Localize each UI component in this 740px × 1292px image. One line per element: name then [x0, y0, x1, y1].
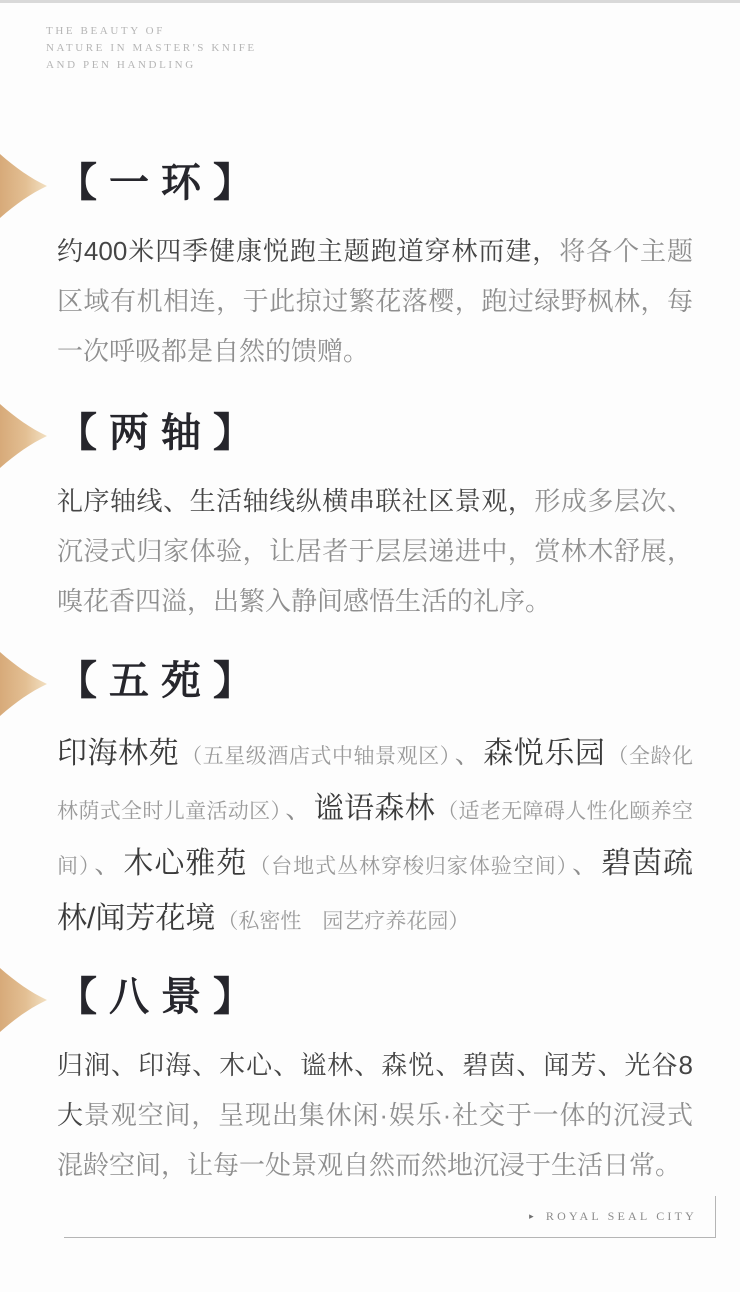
venue-name: 森悦乐园	[483, 737, 605, 770]
page: THE BEAUTY OF NATURE IN MASTER'S KNIFE A…	[0, 0, 740, 1292]
section-paragraph: 礼序轴线、生活轴线纵横串联社区景观，形成多层次、沉浸式归家体验，让居者于层层递进…	[57, 476, 693, 626]
body-text: 景观空间，呈现出集休闲·娱乐·社交于一体的沉浸式混龄空间，让每一处景观自然而然地…	[57, 1100, 693, 1180]
venue-desc: （私密性 园艺疗养花园）	[215, 910, 471, 933]
heading-row: 【一环】	[57, 156, 694, 210]
gold-arrow-marker-icon	[0, 403, 48, 474]
venue-name: 木心雅苑	[123, 847, 247, 880]
heading-row: 【两轴】	[57, 406, 694, 460]
brand-label: ROYAL SEAL CITY	[546, 1209, 697, 1224]
lead-text: 约400米四季健康悦跑主题跑道穿林而建，	[57, 236, 559, 266]
heading-row: 【五苑】	[57, 654, 694, 708]
section-paragraph: 约400米四季健康悦跑主题跑道穿林而建，将各个主题区域有机相连，于此掠过繁花落樱…	[57, 226, 693, 376]
tagline-line-3: AND PEN HANDLING	[46, 57, 740, 74]
section-heading: 【八景】	[57, 970, 694, 1024]
section-heading: 【一环】	[57, 156, 694, 210]
venue-name: 印海林苑	[57, 737, 179, 770]
gold-arrow-marker-icon	[0, 967, 48, 1038]
gold-arrow-marker-icon	[0, 153, 48, 224]
venue-separator: 、	[92, 849, 123, 879]
heading-row: 【八景】	[57, 970, 694, 1024]
section-one-ring: 【一环】 约400米四季健康悦跑主题跑道穿林而建，将各个主题区域有机相连，于此掠…	[0, 156, 740, 376]
venues-paragraph: 印海林苑（五星级酒店式中轴景观区）、森悦乐园（全龄化林荫式全时儿童活动区）、谧语…	[57, 728, 693, 948]
lead-text: 礼序轴线、生活轴线纵横串联社区景观，	[57, 486, 534, 516]
gold-arrow-marker-icon	[0, 651, 48, 722]
tagline-line-2: NATURE IN MASTER'S KNIFE	[46, 40, 740, 57]
venue-separator: 、	[283, 794, 313, 824]
section-two-axes: 【两轴】 礼序轴线、生活轴线纵横串联社区景观，形成多层次、沉浸式归家体验，让居者…	[0, 406, 740, 626]
footer-rule-box: ▸ ROYAL SEAL CITY	[64, 1196, 716, 1238]
venue-separator: 、	[453, 739, 484, 769]
section-paragraph: 归涧、印海、木心、谧林、森悦、碧茵、闻芳、光谷8大景观空间，呈现出集休闲·娱乐·…	[57, 1040, 693, 1190]
section-five-gardens: 【五苑】 印海林苑（五星级酒店式中轴景观区）、森悦乐园（全龄化林荫式全时儿童活动…	[0, 654, 740, 948]
venue-desc: （台地式丛林穿梭归家体验空间）	[247, 855, 570, 878]
section-eight-scenes: 【八景】 归涧、印海、木心、谧林、森悦、碧茵、闻芳、光谷8大景观空间，呈现出集休…	[0, 970, 740, 1190]
section-heading: 【两轴】	[57, 406, 694, 460]
section-heading: 【五苑】	[57, 654, 694, 708]
venue-name: 谧语森林	[314, 792, 435, 825]
brand-mark: ▸ ROYAL SEAL CITY	[529, 1209, 715, 1237]
venue-desc: （五星级酒店式中轴景观区）	[179, 745, 453, 768]
tagline-line-1: THE BEAUTY OF	[46, 23, 740, 40]
venue-separator: 、	[570, 849, 601, 879]
play-arrow-icon: ▸	[529, 1212, 537, 1221]
tagline: THE BEAUTY OF NATURE IN MASTER'S KNIFE A…	[46, 23, 740, 74]
